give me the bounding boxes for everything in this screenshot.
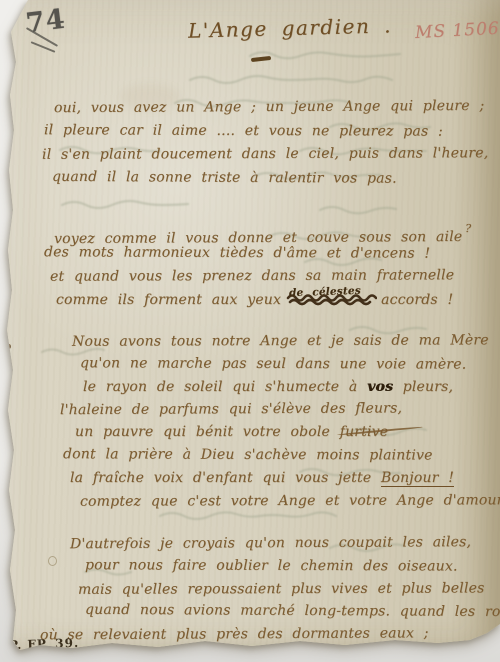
poem-line: dont la prière à Dieu s'achève moins pla… [63, 443, 500, 467]
poem-line: oui, vous avez un Ange ; un jeune Ange q… [54, 95, 489, 121]
poem-line: quand il la sonne triste à ralentir vos … [52, 165, 489, 191]
title-row: L'Ange gardien . MS 1506-75 [188, 16, 500, 40]
poem-line: quand nous avions marché long-temps. qua… [85, 599, 500, 624]
poem-line-text: pleurs, [393, 379, 453, 395]
poem-line: et quand vous les prenez dans sa main fr… [50, 264, 471, 289]
poem-stanza: oui, vous avez un Ange ; un jeune Ange q… [40, 96, 488, 190]
poem-line-text: le rayon de soleil qui s'humecte à [83, 379, 367, 395]
poem-line: mais qu'elles repoussaient plus vives et… [78, 577, 500, 601]
poem-line: voyez comme il vous donne et couve sous … [54, 217, 472, 243]
poem-line: un pauvre qui bénit votre obole furtive [75, 421, 500, 444]
poem-line-with-correction: comme ils forment aux yeuxde célestesacc… [56, 289, 471, 313]
poem-line: D'autrefois je croyais qu'on nous coupai… [70, 531, 500, 556]
ink-speck [7, 344, 11, 349]
poem-line: des mots harmonieux tièdes d'âme et d'en… [44, 241, 471, 266]
poem-stanza: voyez comme il vous donne et couve sous … [42, 218, 471, 312]
paper-shadow: 74 L'Ange gardien . MS 1506-75 oui, vous… [0, 0, 500, 662]
poem-line: comptez que c'est votre Ange et votre An… [80, 489, 500, 513]
poem-line: Nous avons tous notre Ange et je sais de… [72, 329, 500, 353]
poem-stanza: D'autrefois je croyais qu'on nous coupai… [58, 532, 500, 646]
inserted-word: de célestes [289, 279, 362, 305]
poem-line-text: comme ils forment aux yeux [56, 292, 281, 308]
manuscript-page: 74 L'Ange gardien . MS 1506-75 oui, vous… [0, 0, 500, 662]
poem-line: l'haleine de parfums qui s'élève des fle… [60, 397, 500, 422]
overwritten-word: vos [367, 379, 393, 395]
poem-line-text: la fraîche voix d'enfant qui vous jette [70, 470, 381, 486]
poem-line: pour nous faire oublier le chemin des oi… [85, 554, 500, 578]
ms-reference: MS 1506-75 [415, 17, 500, 43]
poem-line: la fraîche voix d'enfant qui vous jette … [70, 467, 500, 490]
poem-line-text: accords ! [381, 292, 453, 308]
page-title: L'Ange gardien . [188, 13, 393, 42]
folio-number: 74 [24, 4, 67, 40]
catalog-note: P. FP. 39. [9, 636, 80, 652]
poem-line-text: un pauvre qui bénit votre obole [75, 424, 340, 440]
flourished-word: furtive [340, 421, 389, 444]
poem-line: qu'on ne marche pas seul dans une voie a… [80, 352, 500, 376]
poem-line: le rayon de soleil qui s'humecte à vos p… [83, 376, 500, 399]
underlined-word: Bonjour ! [381, 470, 454, 487]
poem-line: il pleure car il aime .... et vous ne pl… [44, 119, 489, 144]
correction-block: de célestes [285, 291, 377, 315]
manuscript-scan: 74 L'Ange gardien . MS 1506-75 oui, vous… [0, 0, 500, 662]
superscript-question-mark: ? [465, 222, 471, 235]
ink-ring-mark [48, 556, 57, 566]
poem-line: il s'en plaint doucement dans le ciel, p… [42, 142, 489, 167]
poem-line: où se relevaient plus près des dormantes… [40, 622, 500, 647]
poem-stanza: Nous avons tous notre Ange et je sais de… [55, 330, 500, 512]
